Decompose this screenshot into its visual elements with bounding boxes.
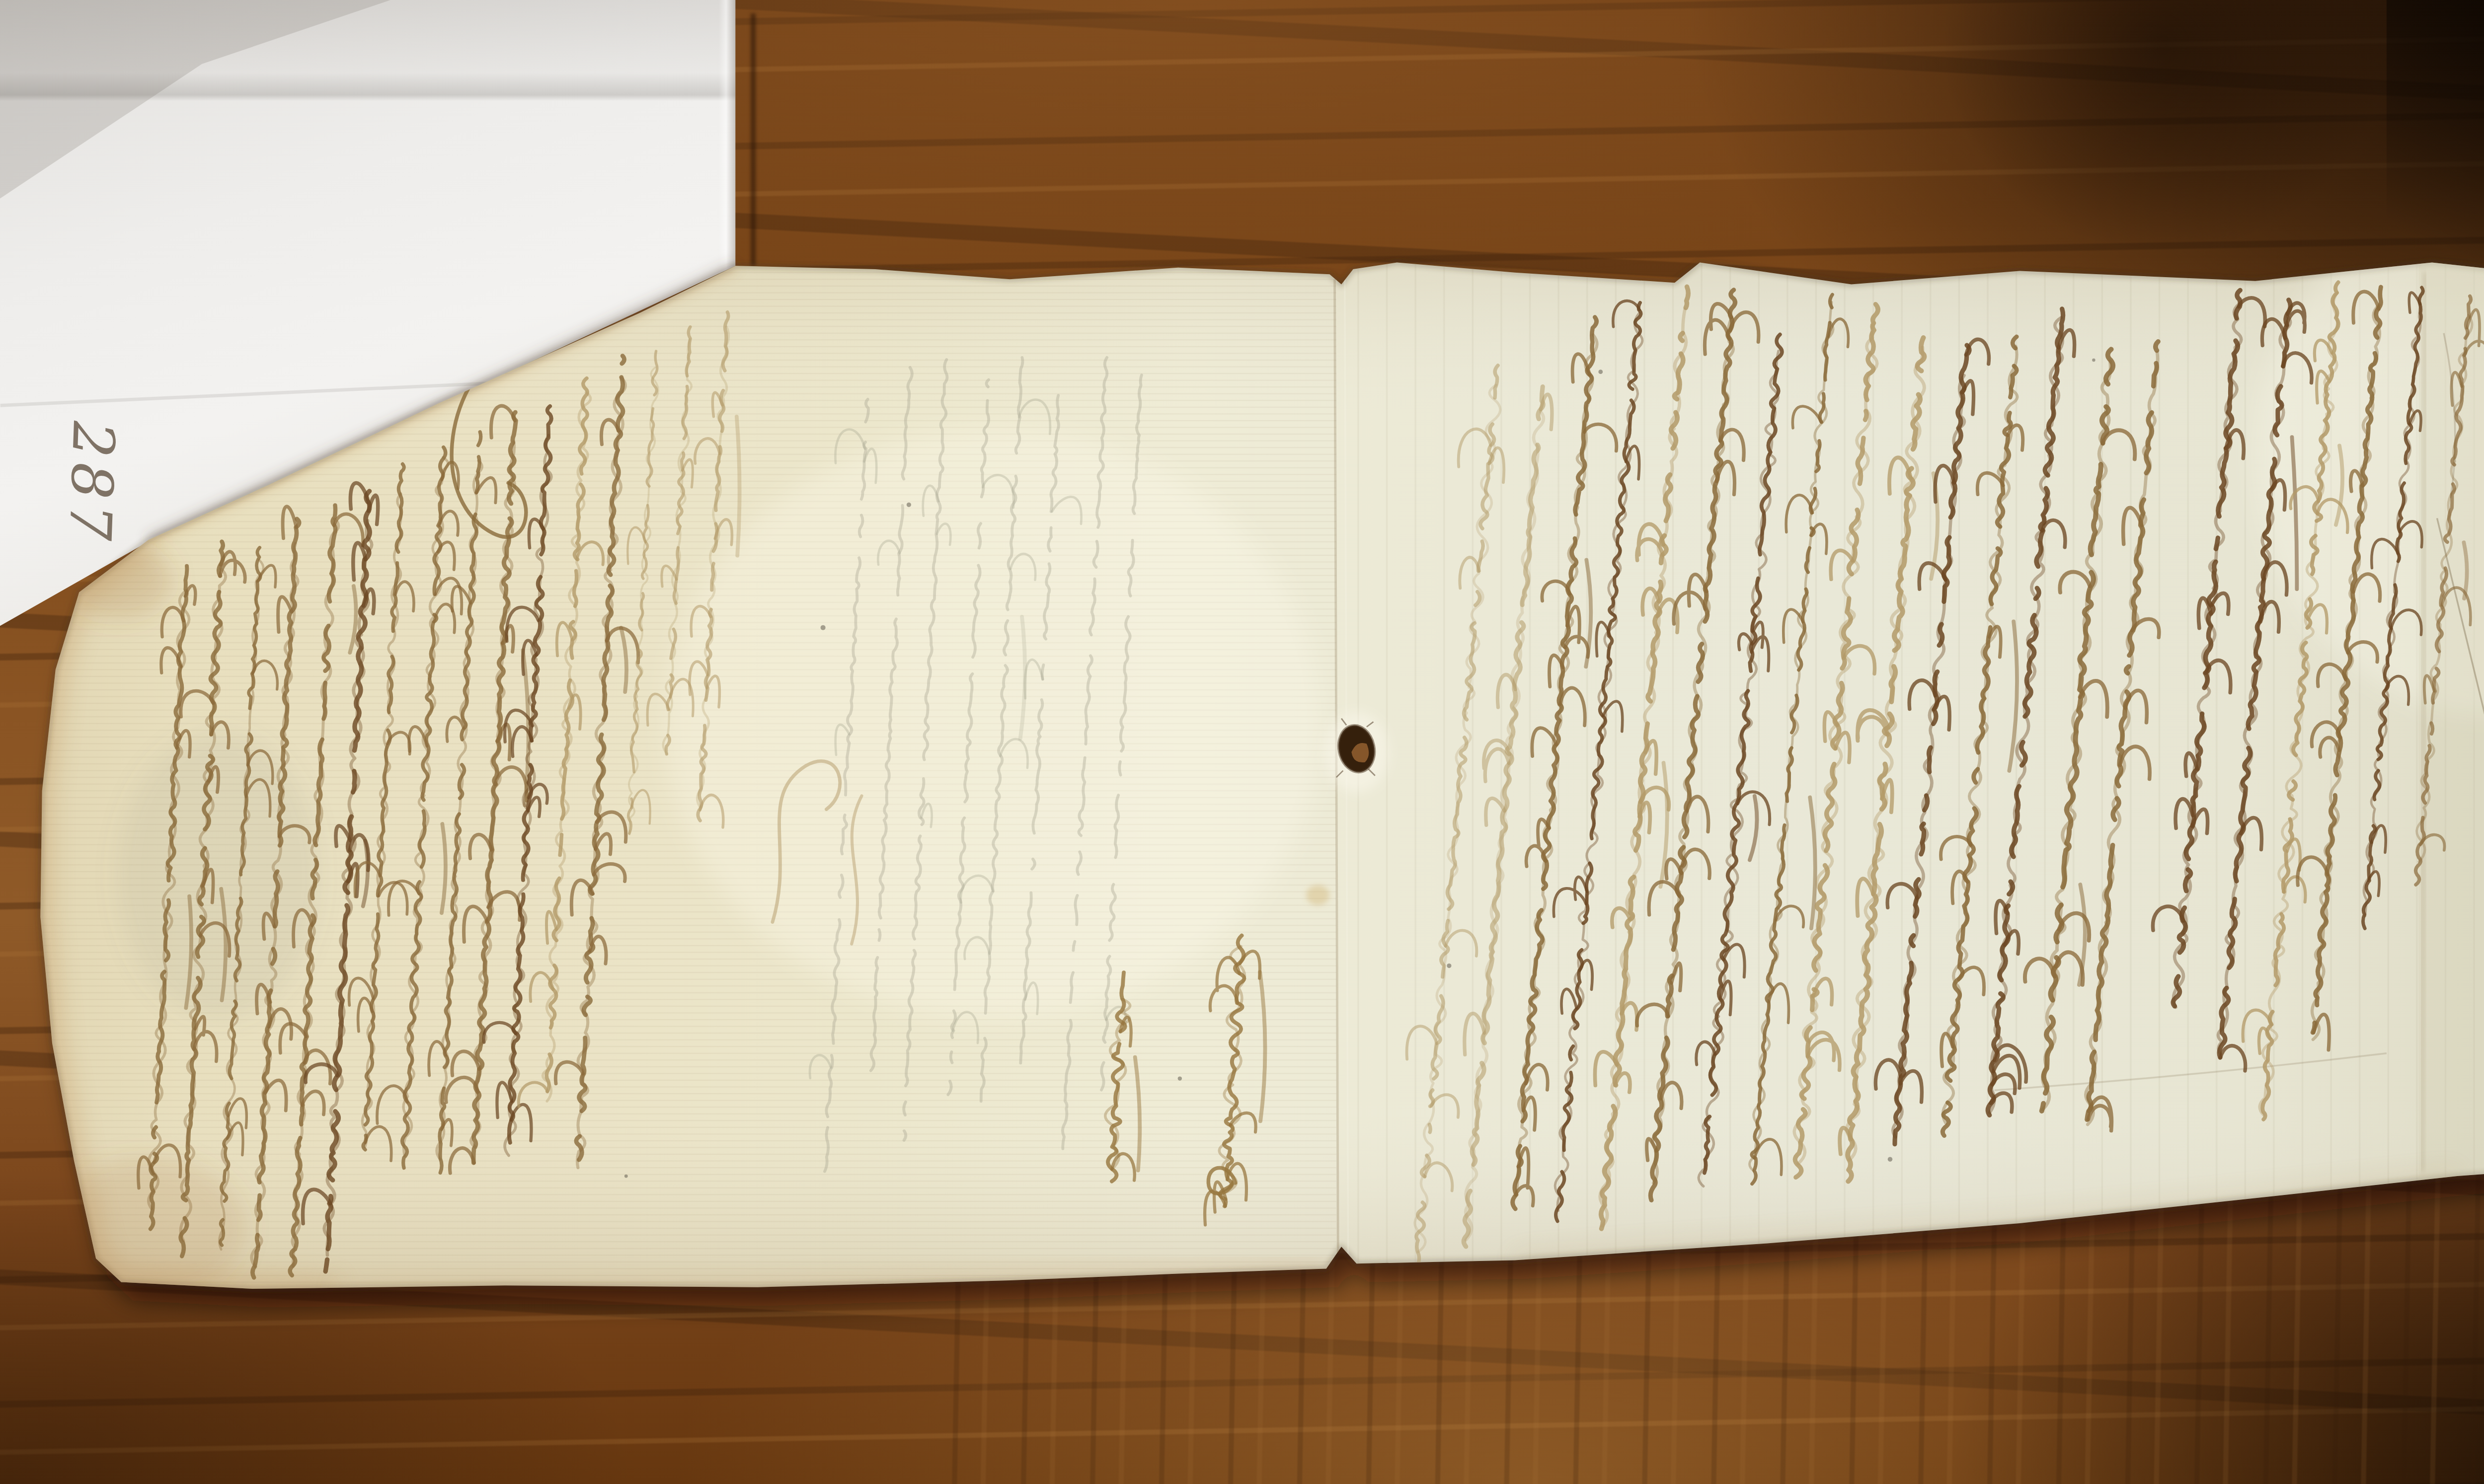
manuscript-paper: 287 [0,194,2484,1313]
page-number: 287 [56,420,127,547]
manuscript-photo: 287 [0,0,2484,1484]
photo-stage: 287 [0,0,2484,1484]
